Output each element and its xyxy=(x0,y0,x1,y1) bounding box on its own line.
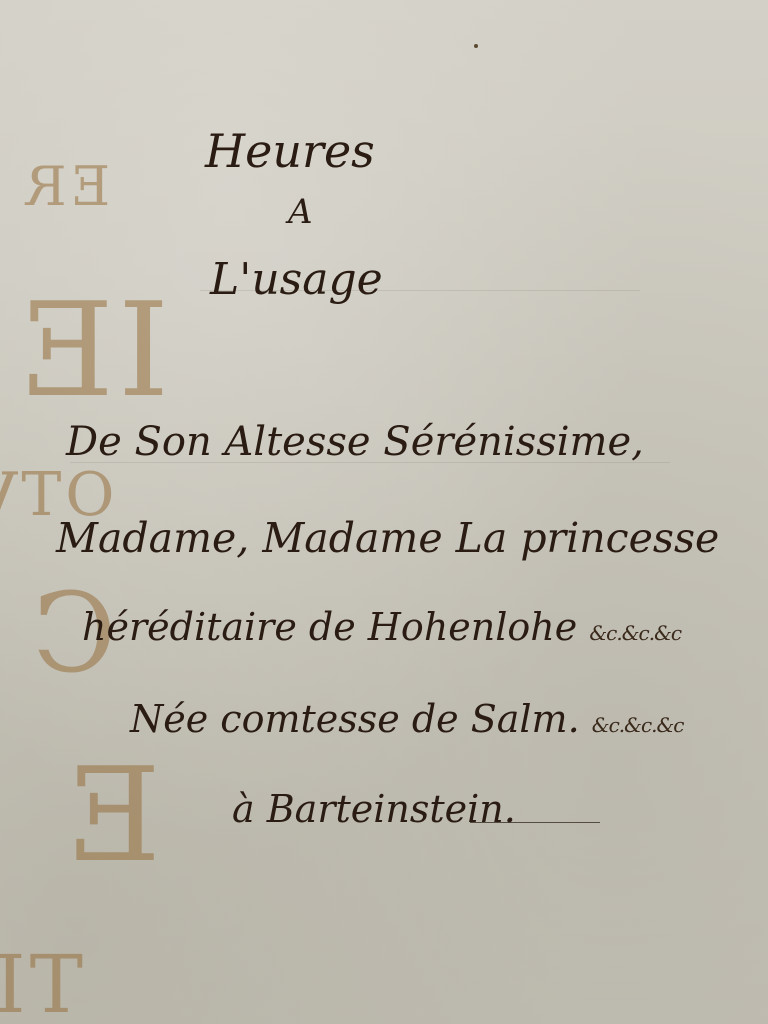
body-line-1: De Son Altesse Sérénissime, xyxy=(66,422,644,462)
body-line-3-text: héréditaire de Hohenlohe xyxy=(82,605,577,649)
body-line-4-text: Née comtesse de Salm. xyxy=(130,697,580,741)
title-line-usage: L'usage xyxy=(210,258,383,302)
body-line-2: Madame, Madame La princesse xyxy=(56,518,719,559)
body-line-4: Née comtesse de Salm. &c.&c.&c xyxy=(130,700,684,738)
body-line-3: héréditaire de Hohenlohe &c.&c.&c xyxy=(82,608,681,646)
etc-mark: &c.&c.&c xyxy=(589,621,681,645)
manuscript-page: ER IE OTV C E TI Heures A L'usage De Son… xyxy=(0,0,768,1024)
bleed-through-text: ER xyxy=(22,160,110,214)
bleed-through-text: IE xyxy=(15,285,169,415)
etc-mark: &c.&c.&c xyxy=(592,713,684,737)
bleed-through-text: TI xyxy=(0,945,83,1024)
paper-speck xyxy=(474,44,478,48)
title-line-a: A xyxy=(288,195,313,229)
flourish-underline xyxy=(470,822,600,823)
title-line-heures: Heures xyxy=(205,128,375,174)
bleed-through-text: E xyxy=(62,750,161,880)
